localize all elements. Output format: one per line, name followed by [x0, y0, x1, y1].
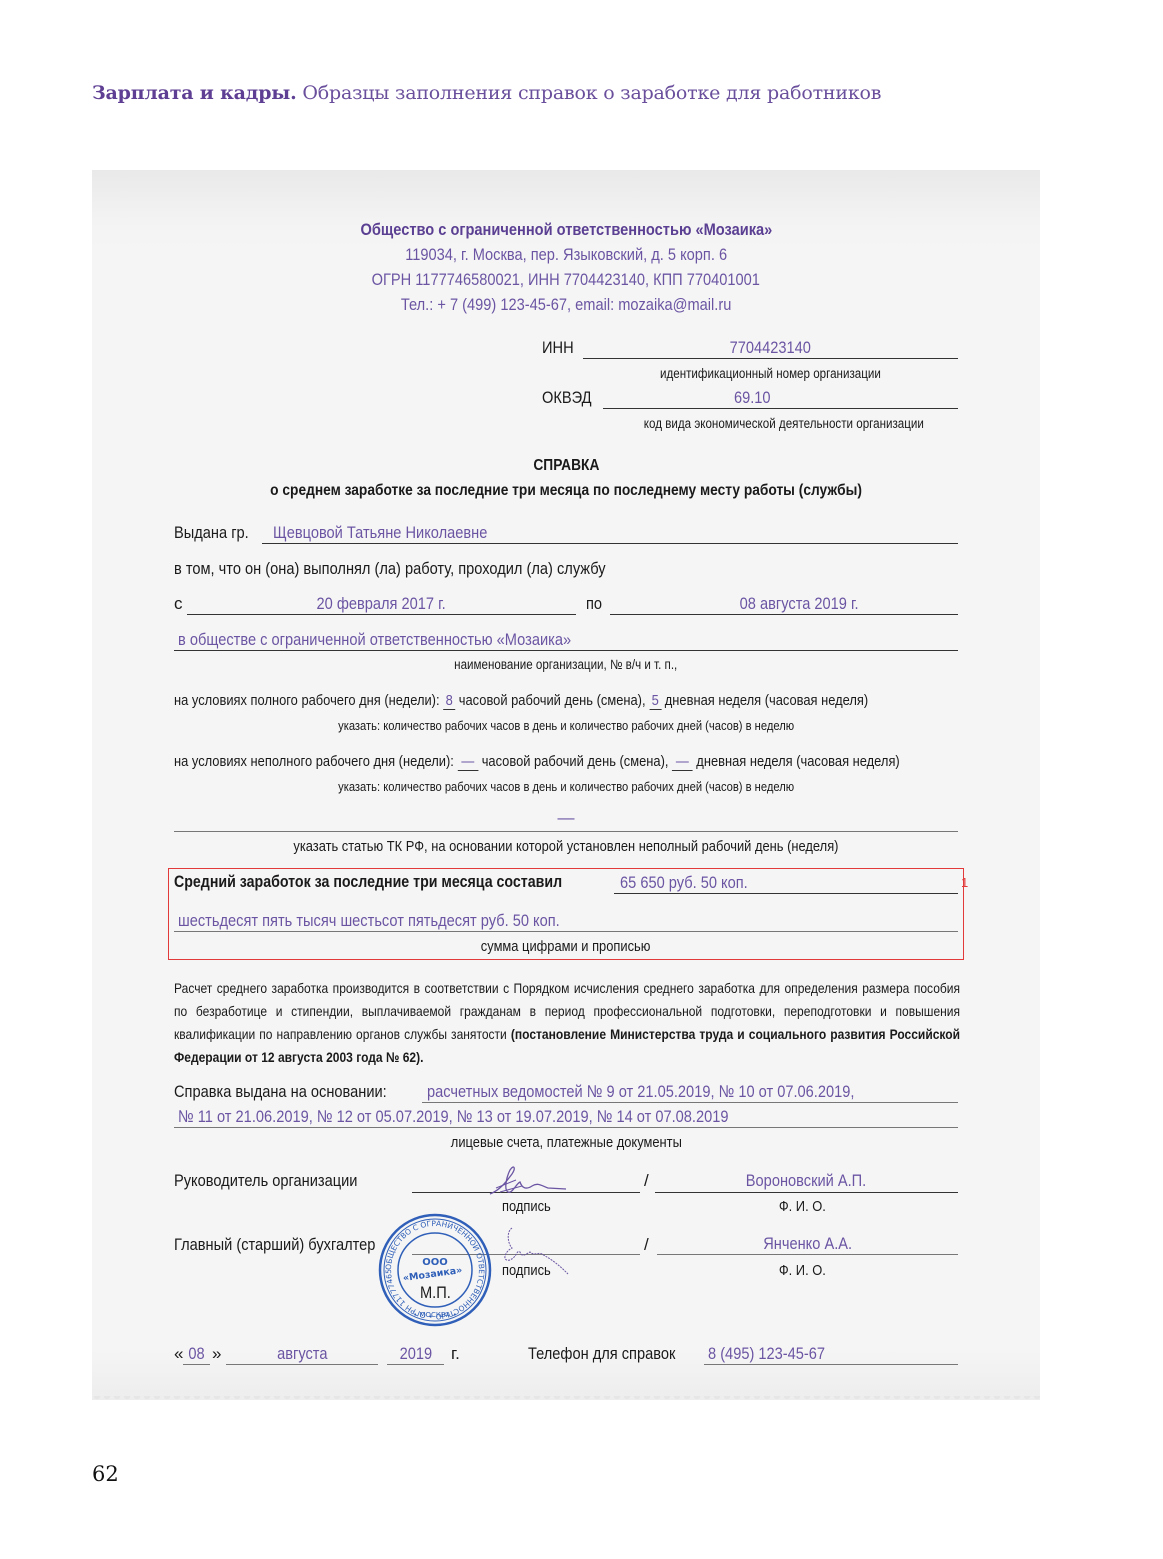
labor-code-value[interactable]: — — [174, 808, 958, 828]
page-number: 62 — [92, 1462, 119, 1486]
workplace-line — [174, 650, 958, 651]
okved-field-line — [603, 408, 958, 409]
workplace-caption: наименование организации, № в/ч и т. п., — [174, 657, 958, 672]
footnote-marker: 1 — [961, 875, 968, 890]
accountant-name-line — [657, 1254, 958, 1255]
basis-value-2[interactable]: № 11 от 21.06.2019, № 12 от 05.07.2019, … — [178, 1107, 818, 1127]
work-statement: в том, что он (она) выполнял (ла) работу… — [174, 559, 676, 579]
basis-line-2 — [174, 1127, 958, 1128]
issued-to-line — [262, 543, 958, 544]
date-month-value[interactable]: августа — [226, 1344, 378, 1364]
section-title: Зарплата и кадры. — [92, 82, 297, 104]
head-signature-icon — [486, 1160, 596, 1200]
part-time-caption: указать: количество рабочих часов в день… — [174, 779, 958, 794]
head-label: Руководитель организации — [174, 1171, 387, 1191]
phone-value[interactable]: 8 (495) 123-45-67 — [708, 1344, 844, 1364]
average-earnings-label: Средний заработок за последние три месяц… — [174, 873, 625, 892]
accountant-name-value[interactable]: Янченко А.А. — [657, 1234, 958, 1254]
date-close-quote: » — [212, 1344, 221, 1364]
part-time-row: на условиях неполного рабочего дня (неде… — [174, 753, 1018, 771]
period-to-value[interactable]: 08 августа 2019 г. — [625, 594, 973, 614]
basis-label: Справка выдана на основании: — [174, 1082, 421, 1102]
period-to-line — [610, 614, 958, 615]
period-to-label: по — [586, 594, 605, 614]
inn-caption: идентификационный номер организации — [583, 366, 958, 381]
full-time-row: на условиях полного рабочего дня (недели… — [174, 692, 981, 710]
head-name-value[interactable]: Вороновский А.П. — [655, 1171, 958, 1191]
okved-caption: код вида экономической деятельности орга… — [560, 416, 1008, 431]
issued-to-value[interactable]: Щевцовой Татьяне Николаевне — [273, 523, 522, 543]
inn-field-line — [583, 358, 958, 359]
section-subtitle: Образцы заполнения справок о заработке д… — [302, 82, 881, 104]
labor-code-line — [174, 831, 958, 832]
head-slash: / — [644, 1171, 649, 1191]
page-header: Зарплата и кадры. Образцы заполнения спр… — [92, 82, 881, 104]
phone-line — [704, 1364, 958, 1365]
org-address: 119034, г. Москва, пер. Языковский, д. 5… — [0, 245, 1132, 265]
stamp-place-label: М.П. — [420, 1283, 456, 1303]
sheet-torn-edge — [92, 1396, 1040, 1404]
part-time-hours[interactable]: — — [457, 753, 478, 771]
head-name-caption: Ф. И. О. — [655, 1198, 950, 1215]
date-year-value[interactable]: 2019 — [387, 1344, 444, 1364]
basis-line-1 — [422, 1102, 958, 1103]
org-registration: ОГРН 1177746580021, ИНН 7704423140, КПП … — [0, 270, 1132, 290]
date-suffix: г. — [451, 1344, 460, 1364]
date-year-line — [387, 1364, 444, 1365]
legal-note: Расчет среднего заработка производится в… — [174, 977, 960, 1069]
full-time-caption: указать: количество рабочих часов в день… — [174, 718, 958, 733]
part-time-days[interactable]: — — [672, 753, 693, 771]
document-subtitle: о среднем заработке за последние три мес… — [0, 482, 1132, 500]
accountant-slash: / — [644, 1235, 649, 1255]
amount-caption: сумма цифрами и прописью — [174, 938, 958, 955]
date-day-value[interactable]: 08 — [183, 1344, 210, 1364]
inn-value[interactable]: 7704423140 — [583, 338, 958, 358]
org-contacts: Тел.: + 7 (499) 123-45-67, email: mozaik… — [0, 295, 1132, 315]
date-day-line — [183, 1364, 210, 1365]
period-from-line — [187, 614, 576, 615]
company-stamp-icon: ОБЩЕСТВО С ОГРАНИЧЕННОЙ ОТВЕТСТВЕННОСТЬЮ… — [378, 1213, 492, 1327]
document-title: СПРАВКА — [0, 457, 1132, 475]
period-from-label: с — [174, 594, 183, 614]
full-time-days[interactable]: 5 — [649, 692, 661, 710]
svg-text:ООО: ООО — [422, 1257, 448, 1268]
average-amount-line — [614, 893, 958, 894]
workplace-value[interactable]: в обществе с ограниченной ответственност… — [178, 630, 635, 650]
accountant-label: Главный (старший) бухгалтер — [174, 1235, 408, 1255]
basis-caption: лицевые счета, платежные документы — [174, 1134, 958, 1151]
amount-words-value[interactable]: шестьдесят пять тысяч шестьсот пятьдесят… — [178, 911, 622, 931]
org-name: Общество с ограниченной ответственностью… — [0, 220, 1132, 240]
labor-code-caption: указать статью ТК РФ, на основании котор… — [174, 838, 958, 855]
full-time-hours[interactable]: 8 — [443, 692, 455, 710]
phone-label: Телефон для справок — [528, 1344, 699, 1364]
period-from-value[interactable]: 20 февраля 2017 г. — [187, 594, 576, 614]
accountant-name-caption: Ф. И. О. — [655, 1262, 950, 1279]
date-month-line — [226, 1364, 378, 1365]
svg-text:• МОСКВА •: • МОСКВА • — [413, 1311, 457, 1319]
okved-value[interactable]: 69.10 — [580, 388, 925, 408]
issued-to-label: Выдана гр. — [174, 523, 261, 543]
average-amount-value[interactable]: 65 650 руб. 50 коп. — [620, 873, 769, 893]
head-name-line — [655, 1192, 958, 1193]
basis-value-1[interactable]: расчетных ведомостей № 9 от 21.05.2019, … — [427, 1082, 924, 1102]
inn-label: ИНН — [542, 338, 579, 358]
amount-words-line — [174, 931, 958, 932]
